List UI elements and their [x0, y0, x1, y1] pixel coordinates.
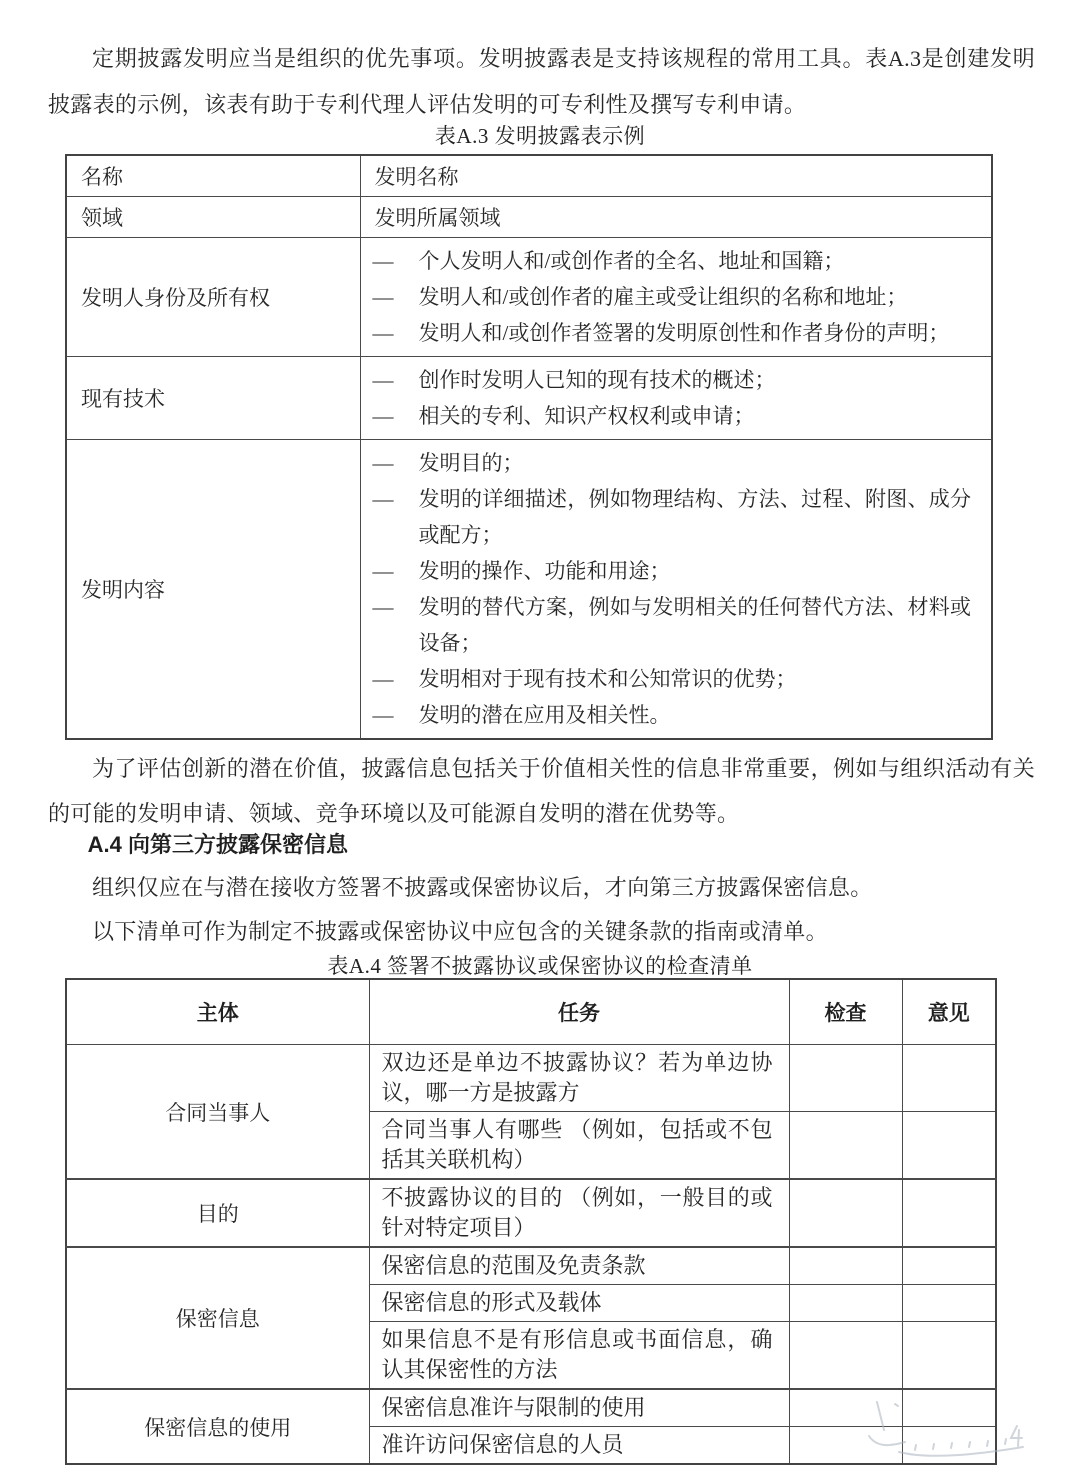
document-page: 定期披露发明应当是组织的优先事项。发明披露表是支持该规程的常用工具。表A.3是创…	[0, 0, 1080, 1483]
a4-opinion-cell	[902, 1179, 996, 1247]
a4-task-cell: 双边还是单边不披露协议？若为单边协议，哪一方是披露方	[369, 1045, 789, 1112]
a4-check-cell	[789, 1045, 902, 1112]
dash-bullet-icon: —	[373, 398, 419, 434]
a3-label-cell: 名称	[66, 155, 360, 197]
bullet-text: 发明的详细描述，例如物理结构、方法、过程、附图、成分或配方；	[419, 481, 982, 553]
a4-check-cell	[789, 1285, 902, 1322]
dash-bullet-icon: —	[373, 589, 419, 661]
dash-bullet-icon: —	[373, 243, 419, 279]
a4-task-cell: 合同当事人有哪些 （例如，包括或不包括其关联机构）	[369, 1112, 789, 1180]
a4-opinion-cell	[902, 1112, 996, 1180]
a3-label-cell: 现有技术	[66, 357, 360, 440]
table-row: 名称 发明名称	[66, 155, 992, 197]
bullet-text: 发明的潜在应用及相关性。	[419, 697, 982, 733]
bullet-item: —发明的操作、功能和用途；	[373, 553, 982, 589]
dash-bullet-icon: —	[373, 697, 419, 733]
a4-task-cell: 准许访问保密信息的人员	[369, 1427, 789, 1465]
dash-bullet-icon: —	[373, 362, 419, 398]
table-row: 发明人身份及所有权 —个人发明人和/或创作者的全名、地址和国籍； —发明人和/或…	[66, 238, 992, 357]
bullet-item: —发明的详细描述，例如物理结构、方法、过程、附图、成分或配方；	[373, 481, 982, 553]
a4-header-task: 任务	[369, 979, 789, 1045]
dash-bullet-icon: —	[373, 445, 419, 481]
bullet-text: 发明人和/或创作者的雇主或受让组织的名称和地址；	[419, 279, 982, 315]
bullet-item: —发明人和/或创作者的雇主或受让组织的名称和地址；	[373, 279, 982, 315]
a4-subject-cell: 目的	[66, 1179, 369, 1247]
table-row: 现有技术 —创作时发明人已知的现有技术的概述； —相关的专利、知识产权权利或申请…	[66, 357, 992, 440]
a4-subject-cell: 保密信息	[66, 1247, 369, 1389]
a3-label-cell: 发明人身份及所有权	[66, 238, 360, 357]
nda-paragraph-1: 组织仅应在与潜在接收方签署不披露或保密协议后，才向第三方披露保密信息。	[48, 868, 1035, 908]
dash-bullet-icon: —	[373, 279, 419, 315]
dash-bullet-icon: —	[373, 481, 419, 553]
a4-opinion-cell	[902, 1285, 996, 1322]
bullet-text: 个人发明人和/或创作者的全名、地址和国籍；	[419, 243, 982, 279]
bullet-item: —创作时发明人已知的现有技术的概述；	[373, 362, 982, 398]
a4-task-cell: 如果信息不是有形信息或书面信息，确认其保密性的方法	[369, 1322, 789, 1390]
table-row: 目的 不披露协议的目的 （例如，一般目的或针对特定项目）	[66, 1179, 996, 1247]
a4-subject-cell: 合同当事人	[66, 1045, 369, 1180]
bullet-text: 相关的专利、知识产权权利或申请；	[419, 398, 982, 434]
dash-bullet-icon: —	[373, 661, 419, 697]
a4-task-cell: 不披露协议的目的 （例如，一般目的或针对特定项目）	[369, 1179, 789, 1247]
table-a3: 名称 发明名称 领域 发明所属领域 发明人身份及所有权 —个人发明人和/或创作者…	[65, 154, 993, 740]
a4-header-subject: 主体	[66, 979, 369, 1045]
table-a4-caption: 表A.4 签署不披露协议或保密协议的检查清单	[0, 950, 1080, 980]
a4-task-cell: 保密信息准许与限制的使用	[369, 1389, 789, 1427]
table-header-row: 主体 任务 检查 意见	[66, 979, 996, 1045]
section-heading-a4: A.4 向第三方披露保密信息	[48, 828, 1035, 859]
table-row: 合同当事人 双边还是单边不披露协议？若为单边协议，哪一方是披露方	[66, 1045, 996, 1112]
bullet-text: 发明目的；	[419, 445, 982, 481]
bullet-text: 发明相对于现有技术和公知常识的优势；	[419, 661, 982, 697]
a4-task-cell: 保密信息的范围及免责条款	[369, 1247, 789, 1285]
watermark	[855, 1392, 1035, 1470]
bullet-text: 发明的操作、功能和用途；	[419, 553, 982, 589]
a3-content-cell: —创作时发明人已知的现有技术的概述； —相关的专利、知识产权权利或申请；	[360, 357, 992, 440]
a4-opinion-cell	[902, 1045, 996, 1112]
a3-content-cell: 发明所属领域	[360, 197, 992, 238]
bullet-item: —相关的专利、知识产权权利或申请；	[373, 398, 982, 434]
dash-bullet-icon: —	[373, 553, 419, 589]
bullet-item: —发明的潜在应用及相关性。	[373, 697, 982, 733]
bullet-item: —发明目的；	[373, 445, 982, 481]
table-a3-caption: 表A.3 发明披露表示例	[0, 120, 1080, 150]
bullet-text: 发明人和/或创作者签署的发明原创性和作者身份的声明；	[419, 315, 982, 351]
table-row: 领域 发明所属领域	[66, 197, 992, 238]
intro-paragraph: 定期披露发明应当是组织的优先事项。发明披露表是支持该规程的常用工具。表A.3是创…	[48, 36, 1035, 128]
a3-label-cell: 领域	[66, 197, 360, 238]
dash-bullet-icon: —	[373, 315, 419, 351]
a4-check-cell	[789, 1322, 902, 1390]
a3-content-cell: 发明名称	[360, 155, 992, 197]
bullet-item: —发明的替代方案，例如与发明相关的任何替代方法、材料或设备；	[373, 589, 982, 661]
nda-paragraph-2: 以下清单可作为制定不披露或保密协议中应包含的关键条款的指南或清单。	[48, 912, 1035, 952]
a4-task-cell: 保密信息的形式及载体	[369, 1285, 789, 1322]
bullet-item: —发明人和/或创作者签署的发明原创性和作者身份的声明；	[373, 315, 982, 351]
bullet-text: 发明的替代方案，例如与发明相关的任何替代方法、材料或设备；	[419, 589, 982, 661]
a3-label-cell: 发明内容	[66, 440, 360, 740]
bullet-item: —个人发明人和/或创作者的全名、地址和国籍；	[373, 243, 982, 279]
a4-opinion-cell	[902, 1322, 996, 1390]
a4-check-cell	[789, 1179, 902, 1247]
a3-content-cell: —个人发明人和/或创作者的全名、地址和国籍； —发明人和/或创作者的雇主或受让组…	[360, 238, 992, 357]
a4-header-check: 检查	[789, 979, 902, 1045]
a4-header-opinion: 意见	[902, 979, 996, 1045]
a4-check-cell	[789, 1112, 902, 1180]
table-row: 保密信息 保密信息的范围及免责条款	[66, 1247, 996, 1285]
a4-opinion-cell	[902, 1247, 996, 1285]
table-row: 发明内容 —发明目的； —发明的详细描述，例如物理结构、方法、过程、附图、成分或…	[66, 440, 992, 740]
value-paragraph: 为了评估创新的潜在价值，披露信息包括关于价值相关性的信息非常重要，例如与组织活动…	[48, 746, 1035, 836]
bullet-item: —发明相对于现有技术和公知常识的优势；	[373, 661, 982, 697]
a4-check-cell	[789, 1247, 902, 1285]
a4-subject-cell: 保密信息的使用	[66, 1389, 369, 1464]
a3-content-cell: —发明目的； —发明的详细描述，例如物理结构、方法、过程、附图、成分或配方； —…	[360, 440, 992, 740]
bullet-text: 创作时发明人已知的现有技术的概述；	[419, 362, 982, 398]
